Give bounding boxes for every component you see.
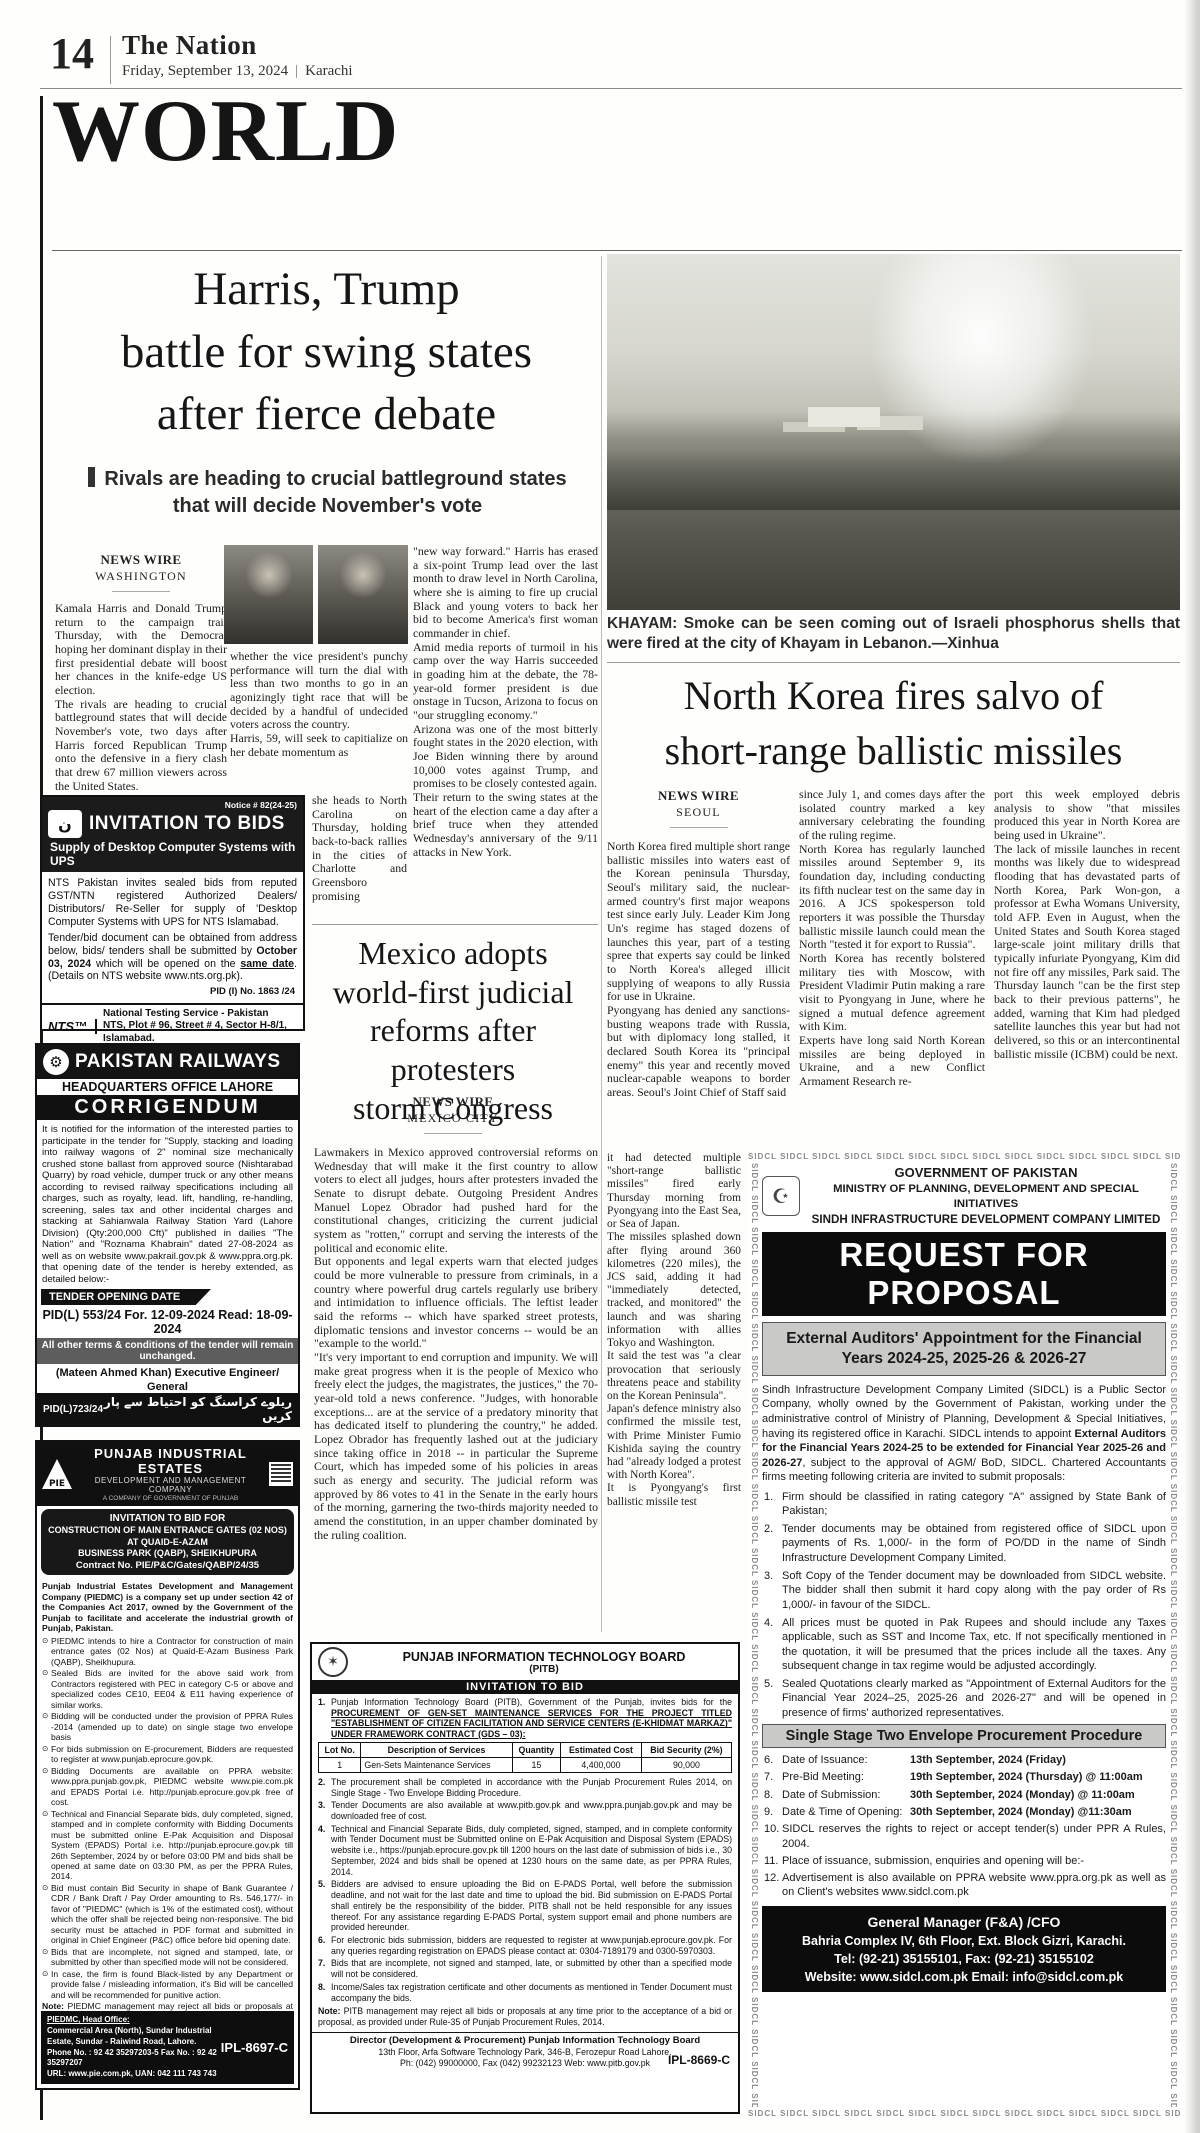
article-rule [312,924,598,925]
pitb-item: Bidders are advised to ensure uploading … [318,1879,732,1933]
article-rule [607,662,1180,663]
sidcl-footer-web: Website: www.sidcl.com.pk Email: info@si… [766,1968,1162,1986]
pitb-item: The procurement shall be completed in ac… [318,1777,732,1798]
schedule-value: 19th September, 2024 (Thursday) @ 11:00a… [910,1771,1143,1783]
pitb-item-list: The procurement shall be completed in ac… [312,1775,738,2003]
portrait-highlight [340,552,386,598]
photo-kamala-harris [224,545,313,644]
nts-ad-footer: NTS™ National Testing Service - Pakistan… [42,1003,303,1049]
pitb-invitation-banner: INVITATION TO BID [312,1680,738,1694]
pitb-item-list: Punjab Information Technology Board (PIT… [312,1694,738,1740]
criteria-item: All prices must be quoted in Pak Rupees … [762,1616,1166,1673]
pie-ad-header: PIE PUNJAB INDUSTRIAL ESTATES DEVELOPMEN… [37,1442,298,1506]
pie-contract-number: Contract No. PIE/P&C/Gates/QABP/24/35 [45,1560,290,1572]
lead-byline: NEWS WIRE WASHINGTON [55,552,227,592]
pitb-item: Bids that are incomplete, not signed and… [318,1958,732,1979]
dateline-separator: | [295,63,298,79]
photo-donald-trump [318,545,408,644]
nts-logo-icon: NTS™ [48,1019,97,1034]
sidcl-schedule: Date of Issuance:13th September, 2024 (F… [762,1753,1166,1900]
portrait-highlight [246,552,292,598]
railways-logo-icon: ⚙ [43,1049,69,1075]
criteria-item: Tender documents may be obtained from re… [762,1522,1166,1565]
schedule-text: Place of issuance, submission, enquiries… [782,1855,1084,1867]
notice-number: Notice # 82(24-25) [48,800,297,810]
nk-column-1-continued: it had detected multiple "short-range ba… [607,1152,741,1630]
table-row: 1 Gen-Sets Maintenance Services 15 4,400… [319,1757,732,1772]
table-header-row: Lot No. Description of Services Quantity… [319,1742,732,1757]
nts-ad-subtitle: Supply of Desktop Computer Systems with … [48,840,297,868]
nk-column-1: North Korea fired multiple short range b… [607,840,790,1148]
lead-column-2: whether the vice president's punchy perf… [230,650,408,792]
pie-bullet: Bids that are incomplete, not signed and… [42,1947,293,1968]
byline-agency: NEWS WIRE [607,788,790,804]
masthead-dateline: Friday, September 13, 2024|Karachi [122,63,353,80]
masthead-divider [110,36,111,84]
masthead-title: The Nation [122,30,257,61]
pie-bullet: Bidding will be conducted under the prov… [42,1711,293,1742]
pitb-org-name: PUNJAB INFORMATION TECHNOLOGY BOARD [356,1650,732,1664]
pitb-item-text: Punjab Information Technology Board (PIT… [331,1697,732,1707]
pitb-footer-signatory: Director (Development & Procurement) Pun… [318,2035,732,2047]
nts-org-name: National Testing Service - Pakistan [103,1008,297,1021]
byline-agency: NEWS WIRE [55,552,227,568]
nk-byline: NEWS WIRE SEOUL [607,788,790,828]
nts-org-address: NTS, Plot # 96, Street # 4, Sector H-8/1… [103,1020,297,1045]
sidcl-footer-phone: Tel: (92-21) 35155101, Fax: (92-21) 3515… [766,1950,1162,1968]
byline-city: MEXICO CITY [308,1111,598,1126]
pitb-item: Income/Sales tax registration certificat… [318,1982,732,2003]
date: Friday, September 13, 2024 [122,63,288,79]
cell-lot: 1 [319,1757,361,1772]
nts-ad-title: INVITATION TO BIDS [89,813,285,835]
section-rule [52,250,1182,251]
smoke-plume [871,254,1091,463]
pitb-item: Technical and Financial Separate Bids, d… [318,1824,732,1878]
sidcl-intro: Sindh Infrastructure Development Company… [762,1383,1166,1485]
schedule-row: Place of issuance, submission, enquiries… [762,1854,1166,1868]
pie-ad-body: Punjab Industrial Estates Development an… [37,1578,298,2043]
pitb-org-abbr: (PITB) [356,1664,732,1675]
pitb-ad-header: ✶ PUNJAB INFORMATION TECHNOLOGY BOARD (P… [312,1644,738,1680]
byline-city: WASHINGTON [55,569,227,584]
pie-invitation-box: INVITATION TO BID FOR CONSTRUCTION OF MA… [41,1509,294,1575]
ad-pitb-invitation-to-bid: ✶ PUNJAB INFORMATION TECHNOLOGY BOARD (P… [310,1642,740,2114]
nk-headline-line: short-range ballistic missiles [607,723,1180,778]
mexico-body: Lawmakers in Mexico approved controversi… [314,1146,598,1634]
schedule-label: Date & Time of Opening: [782,1805,910,1819]
ministry-line: MINISTRY OF PLANNING, DEVELOPMENT AND SP… [806,1182,1166,1213]
column-header: Quantity [512,1742,560,1757]
pie-org-sub: DEVELOPMENT AND MANAGEMENT COMPANY [78,1476,263,1494]
lead-column-2-wrap: she heads to North Carolina on Thursday,… [312,794,407,912]
mexico-headline-line: reforms after protesters [308,1011,598,1088]
byline-city: SEOUL [607,805,790,820]
nk-column-3: port this week employed debris analysis … [994,788,1180,1148]
pakistan-emblem-icon: ☪ [762,1176,800,1216]
pie-logo-icon: PIE [42,1459,72,1489]
nts-ad-header: Notice # 82(24-25) ن INVITATION TO BIDS … [42,797,303,872]
pie-invitation-line: CONSTRUCTION OF MAIN ENTRANCE GATES (02 … [45,1525,290,1548]
schedule-value: 30th September, 2024 (Monday) @ 11:00am [910,1789,1135,1801]
pie-bullet: PIEDMC intends to hire a Contractor for … [42,1636,293,1667]
punjab-crest-icon: ✶ [318,1647,348,1677]
pitb-item: For electronic bids submission, bidders … [318,1935,732,1956]
nts-ad-body: NTS Pakistan invites sealed bids from re… [42,872,303,1000]
pie-footer-url: URL: www.pie.com.pk, UAN: 042 111 743 74… [47,2069,221,2080]
city: Karachi [305,63,352,79]
schedule-row: Pre-Bid Meeting:19th September, 2024 (Th… [762,1770,1166,1784]
hillside [607,450,1180,510]
sidcl-criteria-list: Firm should be classified in rating cate… [762,1490,1166,1720]
pie-bullet: Bid must contain Bid Security in shape o… [42,1883,293,1946]
pitb-ad-footer: Director (Development & Procurement) Pun… [312,2032,738,2070]
lead-column-1: Kamala Harris and Donald Trump return to… [55,602,227,792]
pitb-note: Note: PITB management may reject all bid… [312,2005,738,2028]
column-header: Lot No. [319,1742,361,1757]
lead-standfirst-text: Rivals are heading to crucial battlegrou… [104,468,566,517]
standfirst-bar-icon [88,467,95,487]
ad-nts-invitation-to-bids: Notice # 82(24-25) ن INVITATION TO BIDS … [40,795,305,1031]
ad-code: IPL-8697-C [221,2040,288,2055]
column-header: Bid Security (2%) [641,1742,731,1757]
sidcl-border-right: SIDCL SIDCL SIDCL SIDCL SIDCL SIDCL SIDC… [1167,1163,1180,2107]
pie-bullet: In case, the firm is found Black-listed … [42,1969,293,2000]
lead-headline-line: battle for swing states [55,321,598,384]
ad-pakistan-railways-corrigendum: ⚙ PAKISTAN RAILWAYS HEADQUARTERS OFFICE … [35,1043,300,1427]
gov-line: GOVERNMENT OF PAKISTAN [806,1164,1166,1182]
section-title: WORLD [52,86,399,178]
nts-calligraphy-icon: ن [48,810,82,838]
ad-punjab-industrial-estates: PIE PUNJAB INDUSTRIAL ESTATES DEVELOPMEN… [35,1440,300,2090]
pitb-item: Punjab Information Technology Board (PIT… [318,1697,732,1740]
railways-body: It is notified for the information of th… [37,1120,298,1289]
pid-number: PID (I) No. 1863 /24 [48,986,297,998]
column-divider [601,256,602,1632]
criteria-item: Soft Copy of the Tender document may be … [762,1569,1166,1612]
pie-org-tag: A COMPANY OF GOVERNMENT OF PUNJAB [78,1495,263,1502]
pie-org-name: PUNJAB INDUSTRIAL ESTATES [78,1446,263,1476]
nk-headline-line: North Korea fires salvo of [607,668,1180,723]
schedule-row: Date & Time of Opening:30th September, 2… [762,1805,1166,1819]
schedule-row: Date of Submission:30th September, 2024 … [762,1788,1166,1802]
criteria-item: Firm should be classified in rating cate… [762,1490,1166,1519]
railways-footer-pid: PID(L)723/24 [43,1404,103,1415]
mexico-headline-line: world-first judicial [308,973,598,1012]
ad-code: IPL-8669-C [668,2053,730,2069]
corrigendum-banner: CORRIGENDUM [37,1095,298,1120]
schedule-row: Advertisement is also available on PPRA … [762,1871,1166,1900]
railways-title: PAKISTAN RAILWAYS [75,1051,281,1073]
intro-text: , subject to the approval of AGM/ BoD, S… [762,1457,1166,1484]
railways-hq-line: HEADQUARTERS OFFICE LAHORE [37,1079,298,1095]
sidcl-footer-address: Bahria Complex IV, 6th Floor, Ext. Block… [766,1932,1162,1950]
railways-terms-bar: All other terms & conditions of the tend… [37,1338,298,1364]
schedule-value: 13th September, 2024 (Friday) [910,1754,1066,1766]
schedule-row: SIDCL reserves the rights to reject or a… [762,1822,1166,1851]
nk-column-2: since July 1, and comes days after the i… [799,788,985,1148]
criteria-item: Sealed Quotations clearly marked as "App… [762,1677,1166,1720]
lead-headline-line: Harris, Trump [55,258,598,321]
railways-urdu-slogan: ریلوے کراسنگ کو احتیاط سے پار کریں [103,1395,292,1423]
pie-bullet: Technical and Financial Separate bids, d… [42,1809,293,1882]
nts-paragraph: Tender/bid document can be obtained from… [48,932,297,984]
lead-standfirst: Rivals are heading to crucial battlegrou… [70,466,585,520]
sidcl-ad-footer: General Manager (F&A) /CFO Bahria Comple… [762,1906,1166,1993]
sidcl-border-bottom: SIDCL SIDCL SIDCL SIDCL SIDCL SIDCL SIDC… [748,2107,1180,2120]
cell-quantity: 15 [512,1757,560,1772]
pitb-procurement-title: PROCUREMENT OF GEN-SET MAINTENANCE SERVI… [331,1708,732,1739]
schedule-row: Date of Issuance:13th September, 2024 (F… [762,1753,1166,1767]
note-text: PITB management may reject all bids or p… [318,2006,732,2027]
cell-bid-security: 90,000 [641,1757,731,1772]
sidcl-footer-signatory: General Manager (F&A) /CFO [766,1912,1162,1932]
pie-bullet: Sealed Bids are invited for the above sa… [42,1668,293,1710]
cell-description: Gen-Sets Maintenance Services [361,1757,512,1772]
photo-khayam-lebanon [607,254,1180,610]
pie-footer-phone: Phone No. : 92 42 35297203-5 Fax No. : 9… [47,2048,221,2070]
pie-footer-title: PIEDMC, Head Office: [47,2015,221,2026]
company-line: SINDH INFRASTRUCTURE DEVELOPMENT COMPANY… [806,1212,1166,1228]
pie-invitation-line: INVITATION TO BID FOR [45,1512,290,1525]
schedule-text: Advertisement is also available on PPRA … [782,1872,1166,1898]
nk-headline: North Korea fires salvo of short-range b… [607,668,1180,778]
schedule-label: Pre-Bid Meeting: [782,1770,910,1784]
lead-headline: Harris, Trump battle for swing states af… [55,258,598,446]
pie-footer-address: Commercial Area (North), Sundar Industri… [47,2026,221,2048]
lead-column-3: "new way forward." Harris has erased a s… [413,545,598,911]
railways-ad-header: ⚙ PAKISTAN RAILWAYS [37,1045,298,1079]
sidcl-border-top: SIDCL SIDCL SIDCL SIDCL SIDCL SIDCL SIDC… [748,1150,1180,1163]
byline-agency: NEWS WIRE [308,1094,598,1110]
mexico-byline: NEWS WIRE MEXICO CITY [308,1094,598,1134]
railways-pid-line: PID(L) 553/24 For. 12-09-2024 Read: 18-0… [37,1305,298,1338]
schedule-value: 30th September, 2024 (Monday) @11:30am [910,1806,1132,1818]
rfp-subject: External Auditors' Appointment for the F… [762,1322,1166,1376]
tender-opening-date-tag: TENDER OPENING DATE [41,1289,211,1305]
rfp-banner: REQUEST FOR PROPOSAL [762,1232,1166,1316]
pie-intro: Punjab Industrial Estates Development an… [42,1581,293,1633]
pitb-item: Tender Documents are also available at w… [318,1800,732,1821]
ad-sidcl-request-for-proposal: SIDCL SIDCL SIDCL SIDCL SIDCL SIDCL SIDC… [748,1150,1180,2120]
schedule-text: SIDCL reserves the rights to reject or a… [782,1823,1166,1849]
newspaper-page: 14 The Nation Friday, September 13, 2024… [0,0,1200,2133]
lead-headline-line: after fierce debate [55,383,598,446]
buildings [808,407,880,427]
pie-ad-footer: PIEDMC, Head Office: Commercial Area (No… [41,2011,294,2084]
page-number: 14 [50,28,94,79]
column-header: Description of Services [361,1742,512,1757]
cell-estimated-cost: 4,400,000 [561,1757,642,1772]
schedule-label: Date of Submission: [782,1788,910,1802]
note-label: Note: [42,2001,64,2011]
pie-invitation-line: BUSINESS PARK (QABP), SHEIKHUPURA [45,1548,290,1560]
page-edge-shadow [1184,0,1200,2133]
nts-text-emphasis: same date [240,958,294,970]
note-label: Note: [318,2006,340,2016]
mexico-headline-line: Mexico adopts [308,934,598,973]
pitb-lots-table: Lot No. Description of Services Quantity… [318,1742,732,1773]
schedule-label: Date of Issuance: [782,1753,910,1767]
pie-bullet: For bids submission on E-procurement, Bi… [42,1744,293,1765]
qr-code-icon [269,1462,293,1486]
railways-ad-footer: PID(L)723/24 ریلوے کراسنگ کو احتیاط سے پ… [37,1393,298,1425]
signatory-name: (Mateen Ahmed Khan) Executive Engineer/ … [39,1367,296,1395]
sidcl-ad-header: ☪ GOVERNMENT OF PAKISTAN MINISTRY OF PLA… [762,1164,1166,1228]
sidcl-border-left: SIDCL SIDCL SIDCL SIDCL SIDCL SIDCL SIDC… [748,1163,761,2107]
procedure-banner: Single Stage Two Envelope Procurement Pr… [762,1724,1166,1748]
nts-text: which will be opened on the [91,958,240,970]
column-header: Estimated Cost [561,1742,642,1757]
photo-caption: KHAYAM: Smoke can be seen coming out of … [607,614,1180,654]
pie-bullet: Bidding Documents are available on PPRA … [42,1766,293,1808]
nts-paragraph: NTS Pakistan invites sealed bids from re… [48,877,297,929]
